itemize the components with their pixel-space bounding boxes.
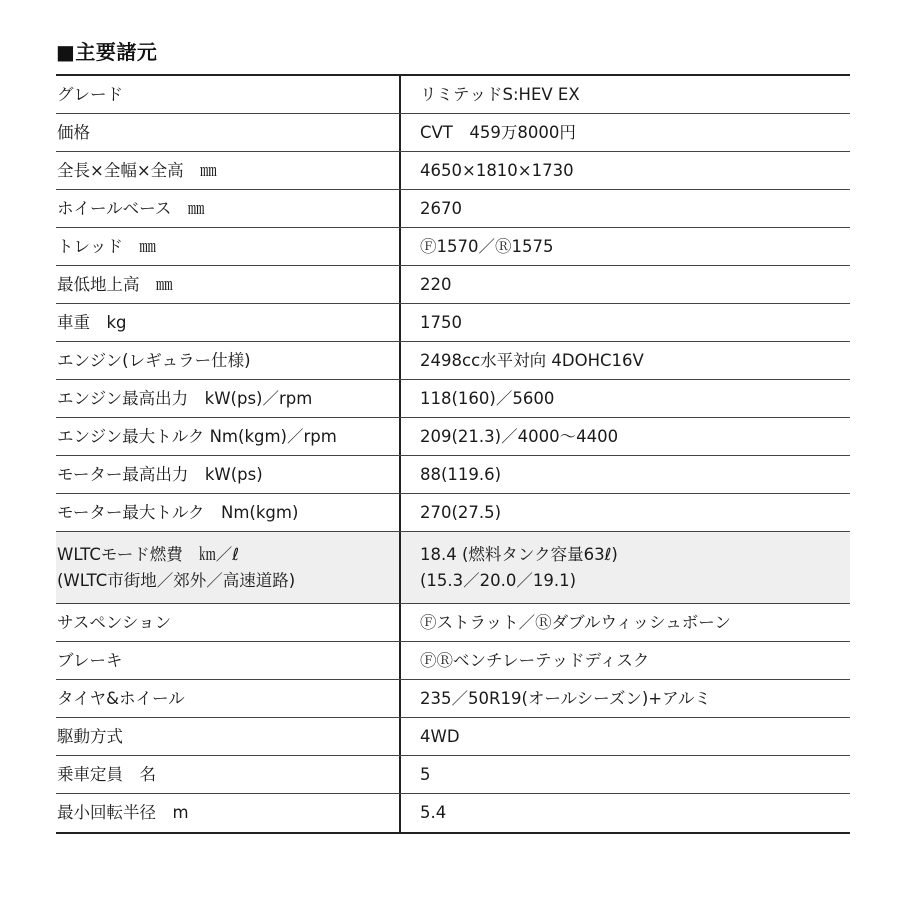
spec-label: 全長×全幅×全高 ㎜ — [56, 152, 401, 189]
spec-value: Ⓕ1570／Ⓡ1575 — [401, 228, 850, 265]
spec-label: エンジン最高出力 kW(ps)／rpm — [56, 380, 401, 417]
spec-label: モーター最高出力 kW(ps) — [56, 456, 401, 493]
spec-value: ⒻⓇベンチレーテッドディスク — [401, 642, 850, 679]
spec-value: 5.4 — [401, 794, 850, 832]
spec-label: エンジン最大トルク Nm(kgm)／rpm — [56, 418, 401, 455]
spec-label: 最小回転半径 m — [56, 794, 401, 832]
spec-label: トレッド ㎜ — [56, 228, 401, 265]
spec-value: 18.4 (燃料タンク容量63ℓ) (15.3／20.0／19.1) — [401, 532, 850, 603]
spec-row-engine: エンジン(レギュラー仕様) 2498cc水平対向 4DOHC16V — [56, 342, 850, 380]
spec-row-ground-clearance: 最低地上高 ㎜ 220 — [56, 266, 850, 304]
spec-row-dimensions: 全長×全幅×全高 ㎜ 4650×1810×1730 — [56, 152, 850, 190]
spec-row-tread: トレッド ㎜ Ⓕ1570／Ⓡ1575 — [56, 228, 850, 266]
spec-value: CVT 459万8000円 — [401, 114, 850, 151]
spec-label: 価格 — [56, 114, 401, 151]
spec-value: 209(21.3)／4000〜4400 — [401, 418, 850, 455]
spec-label: 駆動方式 — [56, 718, 401, 755]
spec-value: 1750 — [401, 304, 850, 341]
spec-row-price: 価格 CVT 459万8000円 — [56, 114, 850, 152]
spec-value: 5 — [401, 756, 850, 793]
spec-value-line: 18.4 (燃料タンク容量63ℓ) — [420, 542, 850, 568]
spec-row-seating: 乗車定員 名 5 — [56, 756, 850, 794]
spec-value: 88(119.6) — [401, 456, 850, 493]
spec-row-fuel-economy: WLTCモード燃費 ㎞／ℓ (WLTC市街地／郊外／高速道路) 18.4 (燃料… — [56, 532, 850, 604]
spec-label: 乗車定員 名 — [56, 756, 401, 793]
spec-row-motor-torque: モーター最大トルク Nm(kgm) 270(27.5) — [56, 494, 850, 532]
spec-label: エンジン(レギュラー仕様) — [56, 342, 401, 379]
spec-label: 最低地上高 ㎜ — [56, 266, 401, 303]
spec-value: 270(27.5) — [401, 494, 850, 531]
spec-table: グレード リミテッドS:HEV EX 価格 CVT 459万8000円 全長×全… — [56, 74, 850, 834]
spec-row-turning-radius: 最小回転半径 m 5.4 — [56, 794, 850, 832]
spec-row-engine-torque: エンジン最大トルク Nm(kgm)／rpm 209(21.3)／4000〜440… — [56, 418, 850, 456]
spec-row-grade: グレード リミテッドS:HEV EX — [56, 76, 850, 114]
spec-label: 車重 kg — [56, 304, 401, 341]
spec-label: WLTCモード燃費 ㎞／ℓ (WLTC市街地／郊外／高速道路) — [56, 532, 401, 603]
spec-value: 235／50R19(オールシーズン)+アルミ — [401, 680, 850, 717]
spec-value: 118(160)／5600 — [401, 380, 850, 417]
spec-value: 2498cc水平対向 4DOHC16V — [401, 342, 850, 379]
spec-label: タイヤ&ホイール — [56, 680, 401, 717]
spec-row-engine-power: エンジン最高出力 kW(ps)／rpm 118(160)／5600 — [56, 380, 850, 418]
spec-label: ブレーキ — [56, 642, 401, 679]
spec-label: モーター最大トルク Nm(kgm) — [56, 494, 401, 531]
spec-row-weight: 車重 kg 1750 — [56, 304, 850, 342]
spec-label: サスペンション — [56, 604, 401, 641]
spec-value: 2670 — [401, 190, 850, 227]
spec-label-line: WLTCモード燃費 ㎞／ℓ — [57, 542, 399, 568]
spec-label: ホイールベース ㎜ — [56, 190, 401, 227]
spec-row-brakes: ブレーキ ⒻⓇベンチレーテッドディスク — [56, 642, 850, 680]
spec-value: リミテッドS:HEV EX — [401, 76, 850, 113]
spec-value: 220 — [401, 266, 850, 303]
spec-row-motor-power: モーター最高出力 kW(ps) 88(119.6) — [56, 456, 850, 494]
spec-value: Ⓕストラット／Ⓡダブルウィッシュボーン — [401, 604, 850, 641]
spec-label-line: (WLTC市街地／郊外／高速道路) — [57, 568, 399, 594]
spec-row-drivetrain: 駆動方式 4WD — [56, 718, 850, 756]
spec-label: グレード — [56, 76, 401, 113]
spec-value-line: (15.3／20.0／19.1) — [420, 568, 850, 594]
spec-value: 4WD — [401, 718, 850, 755]
spec-value: 4650×1810×1730 — [401, 152, 850, 189]
spec-row-wheelbase: ホイールベース ㎜ 2670 — [56, 190, 850, 228]
spec-row-suspension: サスペンション Ⓕストラット／Ⓡダブルウィッシュボーン — [56, 604, 850, 642]
spec-title: ■主要諸元 — [56, 36, 157, 65]
spec-row-tires-wheels: タイヤ&ホイール 235／50R19(オールシーズン)+アルミ — [56, 680, 850, 718]
